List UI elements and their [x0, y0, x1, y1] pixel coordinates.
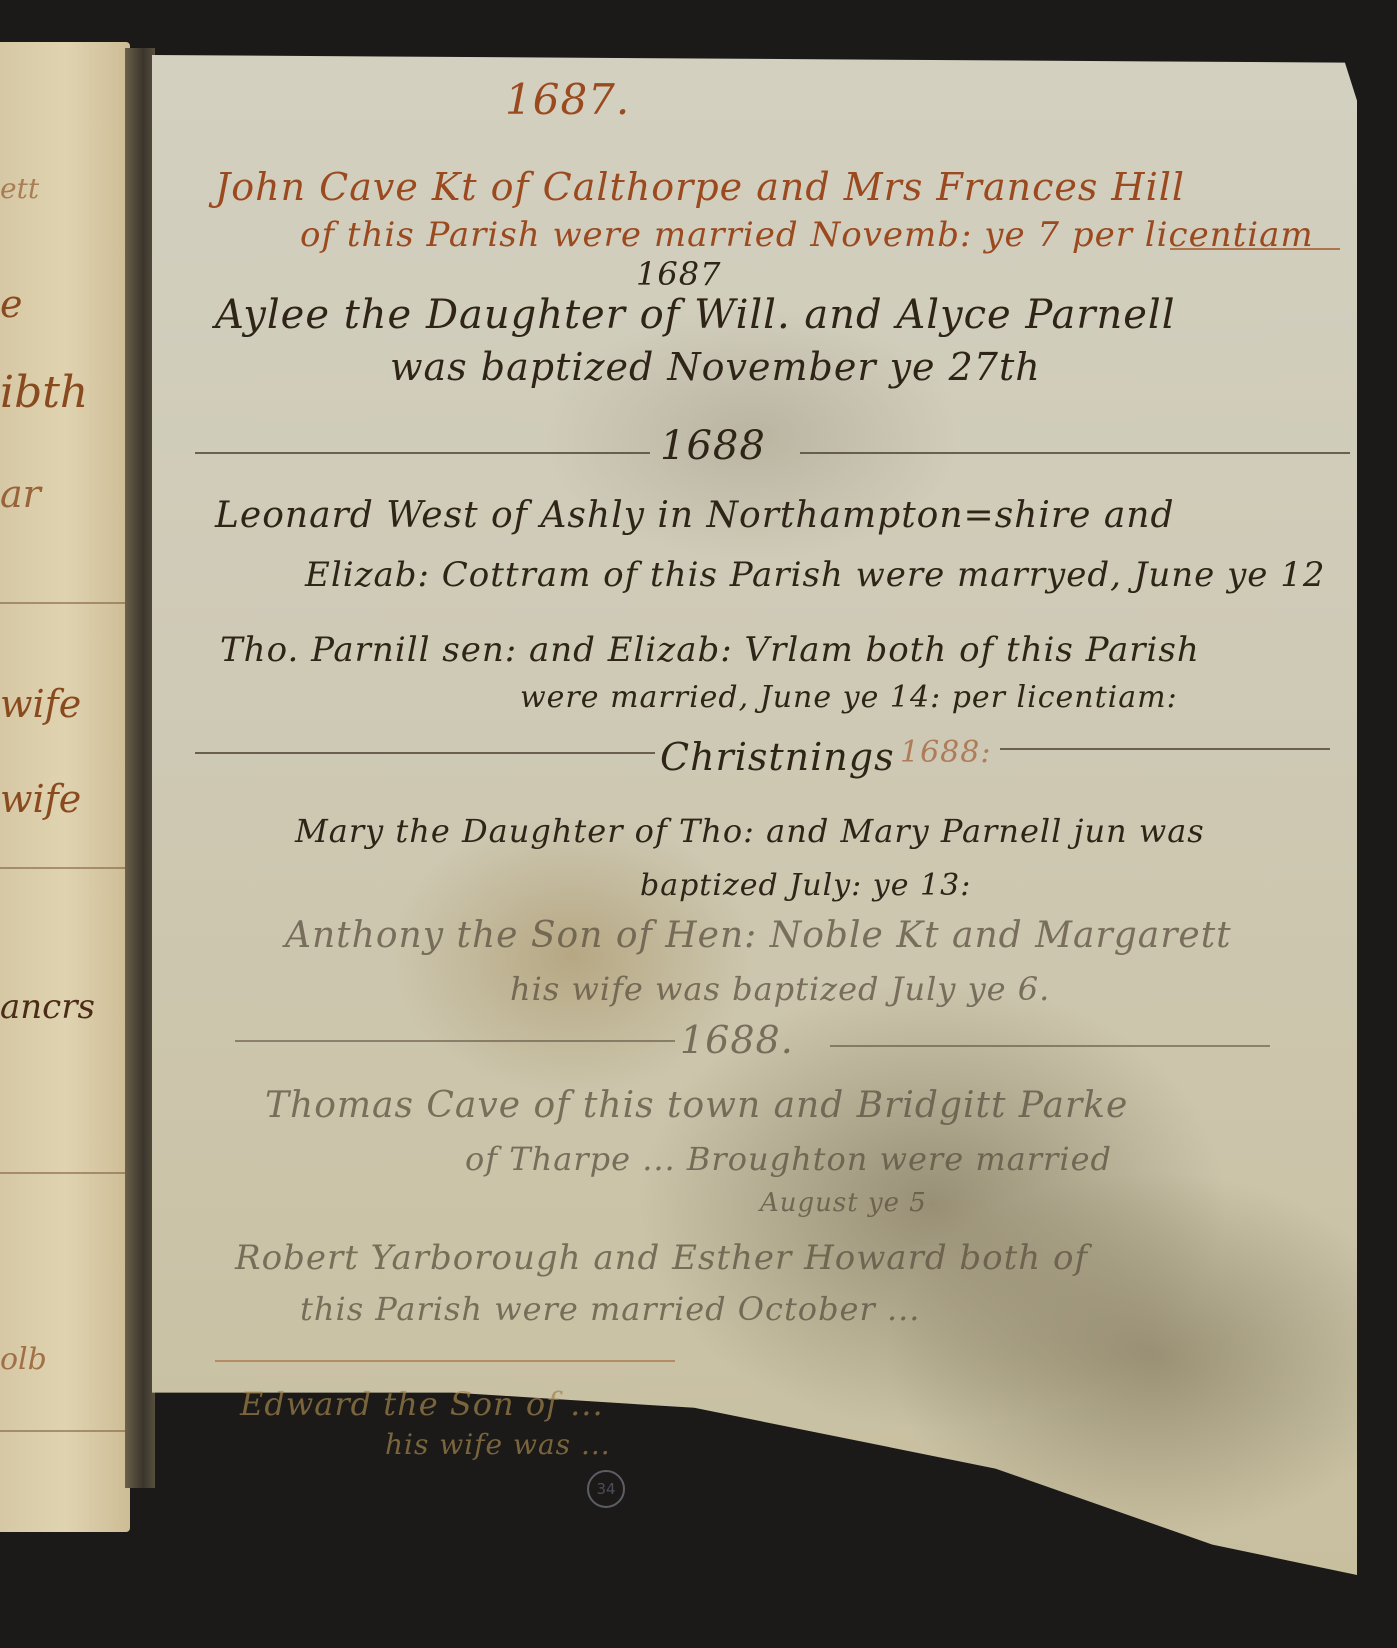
margin-fragment: wife — [0, 682, 81, 726]
register-entry-line: of Tharpe ... Broughton were married — [465, 1140, 1112, 1178]
year-header: 1687. — [505, 75, 630, 124]
year-header: 1688. — [680, 1018, 794, 1062]
register-entry-line: his wife was ... — [385, 1428, 611, 1461]
register-entry-line: Tho. Parnill sen: and Elizab: Vrlam both… — [220, 630, 1200, 670]
register-entry-line: were married, June ye 14: per licentiam: — [520, 680, 1178, 715]
margin-fragment: wife — [0, 777, 81, 821]
margin-fragment: olb — [0, 1342, 47, 1377]
margin-fragment: ancrs — [0, 987, 95, 1027]
register-entry-line: this Parish were married October ... — [300, 1290, 920, 1328]
book-gutter — [125, 48, 155, 1488]
register-entry-line: August ye 5 — [760, 1188, 927, 1218]
folio-number-stamp: 34 — [587, 1470, 625, 1508]
register-entry-line: Aylee the Daughter of Will. and Alyce Pa… — [215, 292, 1176, 338]
facing-page-edge: ett e ibth ar wife wife ancrs olb — [0, 42, 130, 1532]
register-entry-line: Edward the Son of ... — [240, 1385, 604, 1423]
register-entry-line: John Cave Kt of Calthorpe and Mrs France… — [215, 165, 1185, 209]
register-entry-line: Robert Yarborough and Esther Howard both… — [235, 1238, 1088, 1278]
section-header: Christnings — [660, 735, 895, 779]
register-entry-line: Mary the Daughter of Tho: and Mary Parne… — [295, 812, 1205, 850]
margin-fragment: ibth — [0, 367, 88, 418]
margin-fragment: ett — [0, 172, 39, 205]
register-entry-line: Elizab: Cottram of this Parish were marr… — [305, 555, 1326, 595]
register-entry-line: his wife was baptized July ye 6. — [510, 970, 1050, 1008]
margin-fragment: e — [0, 282, 23, 326]
register-entry-line: was baptized November ye 27th — [390, 345, 1041, 389]
register-entry-line: Thomas Cave of this town and Bridgitt Pa… — [265, 1085, 1128, 1126]
margin-fragment: ar — [0, 472, 41, 516]
register-entry-line: Leonard West of Ashly in Northampton=shi… — [215, 495, 1175, 536]
year-header: 1688 — [660, 423, 766, 469]
register-entry-line: of this Parish were married Novemb: ye 7… — [300, 215, 1314, 255]
section-year: 1688: — [900, 735, 991, 770]
year-annotation: 1687 — [636, 255, 721, 293]
register-entry-line: baptized July: ye 13: — [640, 868, 971, 903]
register-entry-line: Anthony the Son of Hen: Noble Kt and Mar… — [285, 915, 1232, 956]
